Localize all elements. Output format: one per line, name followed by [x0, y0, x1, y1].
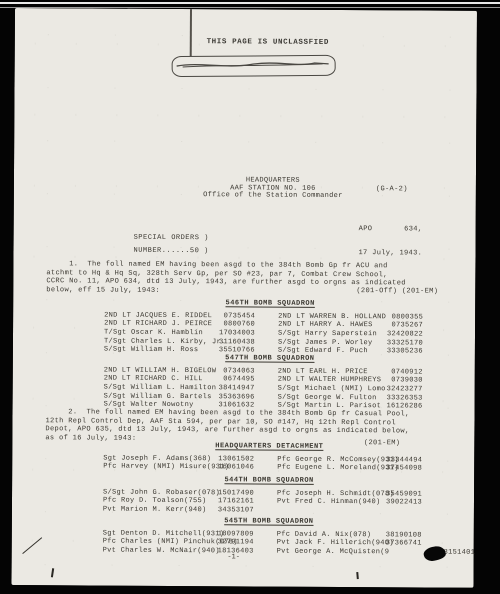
soldier-name: T/Sgt Oscar K. Hamblin	[104, 328, 203, 337]
apo-line: APO 634,	[359, 225, 423, 233]
scan-artifact-line	[0, 2, 500, 4]
roster-section-547: 547TH BOMB SQUADRON 2ND LT WILLIAM H. BI…	[13, 353, 475, 412]
serial-number: 31160438	[203, 338, 255, 346]
soldier-name: 2ND LT JACQUES E. RIDDEL	[104, 311, 212, 320]
serial-number: 0800355	[375, 313, 423, 321]
soldier-name: 2ND LT WILLIAM H. BIGELOW	[104, 366, 217, 375]
section-title: 544TH BOMB SQUADRON	[38, 475, 500, 486]
soldier-name: Pvt Fred C. Hinman(940)	[277, 498, 381, 507]
serial-number: 33325170	[375, 339, 423, 347]
roster-section-546: 546TH BOMB SQUADRON 2ND LT JACQUES E. RI…	[13, 298, 475, 357]
soldier-name: S/Sgt William G. Bartels	[104, 392, 212, 401]
soldier-name: S/Sgt Harry Saperstein	[278, 329, 377, 338]
serial-number: 34353107	[202, 506, 254, 514]
soldier-name: 2ND LT EARL H. PRICE	[278, 367, 368, 376]
roster-row: Pfc Harvey (NMI) Misure(931)16061046Pfc …	[12, 462, 474, 474]
letterhead-line3: Office of the Station Commander	[173, 192, 373, 201]
scanned-document-page: THIS PAGE IS UNCLASSFIED HEADQUARTERS AA…	[0, 0, 500, 594]
soldier-name: S/Sgt William L. Hamilton	[104, 383, 217, 392]
serial-number: 39022413	[374, 498, 422, 506]
letterhead: HEADQUARTERS AAF STATION NO. 106 Office …	[173, 177, 373, 201]
paper-sheet: THIS PAGE IS UNCLASSFIED HEADQUARTERS AA…	[11, 8, 477, 588]
serial-number: 0740912	[375, 368, 423, 376]
soldier-name: 2ND LT HARRY A. HAWES	[278, 321, 373, 330]
serial-number: 33344494	[374, 456, 422, 464]
serial-number: 16061046	[202, 463, 254, 471]
soldier-name: 2ND LT RICHARD J. PEIRCE	[104, 320, 212, 329]
date-line: 17 July, 1943.	[358, 249, 422, 257]
serial-number: 33326353	[375, 394, 423, 402]
roster-row: Pvt Marion M. Kerr(940)34353107	[12, 505, 474, 517]
section-title: HEADQUARTERS DETACHMENT	[38, 441, 500, 452]
serial-number: 32420822	[375, 330, 423, 338]
serial-number: 17034003	[203, 329, 255, 337]
serial-number: 37366741	[374, 539, 422, 547]
stamp-pointer-line	[190, 9, 192, 56]
serial-number: 8151401	[444, 549, 480, 557]
serial-number: 35363696	[203, 393, 255, 401]
serial-number: 35459091	[374, 490, 422, 498]
serial-number: 32791194	[202, 538, 254, 546]
roster-section-hq: HEADQUARTERS DETACHMENT Sgt Joseph F. Ad…	[12, 441, 474, 474]
serial-number: 38190108	[374, 531, 422, 539]
serial-number: 13061502	[202, 455, 254, 463]
soldier-name: Pvt Marion M. Kerr(940)	[103, 505, 207, 514]
roster-section-544: 544TH BOMB SQUADRON S/Sgt John G. Robase…	[12, 475, 474, 516]
soldier-name: 2ND LT RICHARD C. HILL	[104, 375, 203, 384]
serial-number: 0734063	[203, 367, 255, 375]
redacted-stamp-box	[172, 55, 336, 77]
serial-number: 17162161	[202, 497, 254, 505]
serial-number: 38414947	[203, 384, 255, 392]
section-title: 546TH BOMB SQUADRON	[39, 298, 500, 309]
file-tag-1: (201-Off) (201-EM)	[313, 287, 438, 296]
soldier-name: Pvt George A. McQuisten(9	[277, 547, 390, 556]
serial-number: 0674495	[203, 375, 255, 383]
serial-number: 32423277	[375, 385, 423, 393]
page-number: -1-	[204, 553, 264, 561]
serial-number: 0800760	[203, 320, 255, 328]
soldier-name: Pfc David A. Nix(078)	[277, 530, 372, 539]
office-symbol: (G-A-2)	[376, 185, 408, 193]
section-title: 547TH BOMB SQUADRON	[39, 353, 500, 364]
soldier-name: S/Sgt James P. Worley	[278, 338, 373, 347]
soldier-name: 2ND LT WARREN B. HOLLAND	[278, 312, 386, 321]
soldier-name: Pfc Roy D. Toalson(755)	[103, 497, 207, 506]
serial-number: 18097809	[202, 530, 254, 538]
serial-number: 37454098	[374, 464, 422, 472]
unclassified-stamp-text: THIS PAGE IS UNCLASSFIED	[193, 38, 343, 47]
section-title: 545TH BOMB SQUADRON	[38, 516, 500, 527]
soldier-name: S/Sgt George W. Fulton	[278, 393, 377, 402]
serial-number: 0735454	[203, 312, 255, 320]
soldier-name: S/Sgt Michael (NMI) Lomo	[278, 384, 386, 393]
serial-number: 0735267	[375, 321, 423, 329]
order-number-label: NUMBER......50 )	[133, 247, 208, 255]
soldier-name: 2ND LT WALTER HUMPHREYS	[278, 376, 382, 385]
pen-edge-mark	[356, 572, 358, 579]
roster-section-545: 545TH BOMB SQUADRON Sgt Denton D. Mitche…	[12, 516, 474, 557]
serial-number: 0739030	[375, 376, 423, 384]
stamp-scribble	[173, 56, 334, 75]
roster-rows: S/Sgt John G. Robaser(078)15017490Pfc Jo…	[12, 487, 474, 516]
pen-edge-mark	[51, 568, 54, 577]
special-orders-label: SPECIAL ORDERS )	[134, 234, 209, 242]
roster-rows: Sgt Joseph F. Adams(368)13061502Pfc Geor…	[12, 453, 474, 473]
serial-number: 15017490	[202, 489, 254, 497]
roster-rows: 2ND LT WILLIAM H. BIGELOW07340632ND LT E…	[13, 365, 475, 411]
soldier-name: Sgt Joseph F. Adams(368)	[103, 454, 211, 463]
roster-rows: 2ND LT JACQUES E. RIDDEL07354542ND LT WA…	[13, 310, 475, 356]
